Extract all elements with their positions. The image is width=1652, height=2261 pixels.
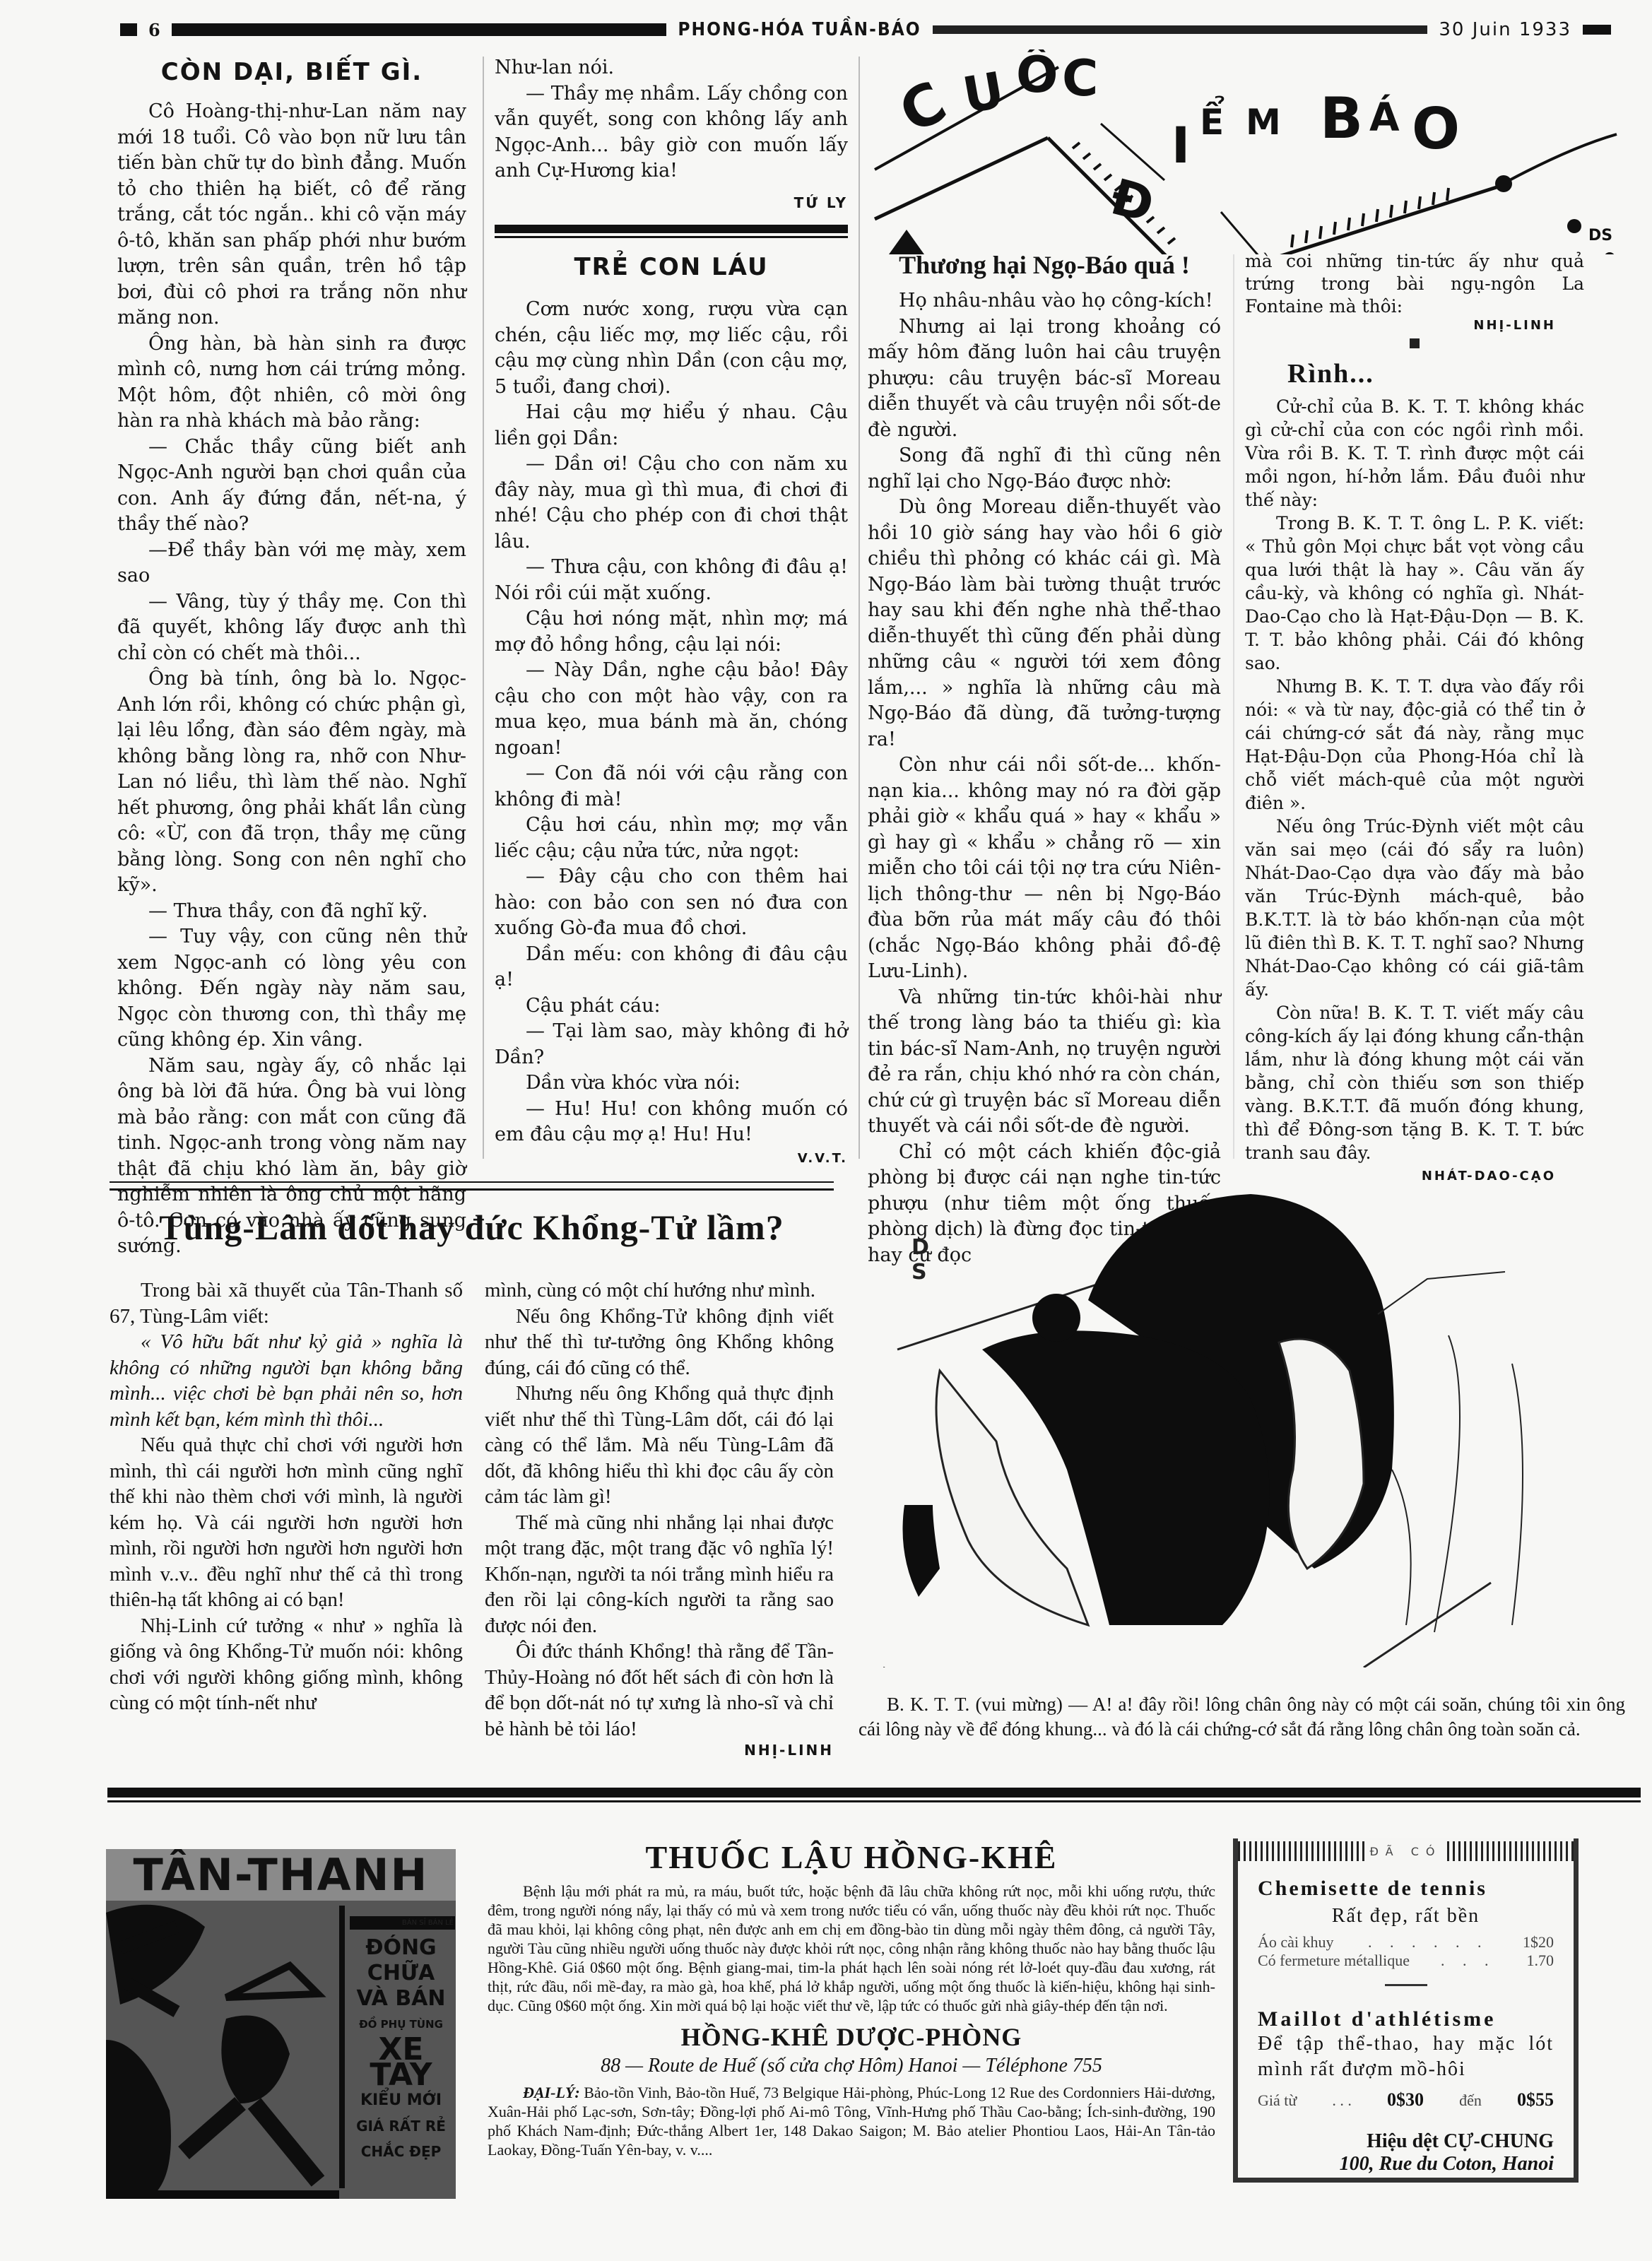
pharmacy-address: 88 — Route de Huế (số cửa chợ Hôm) Hanoi… (488, 2055, 1215, 2077)
cuoc-diem-bao-banner: C U Ô C Đ I Ể M B Á O DS (868, 49, 1638, 254)
newspaper-title: PHONG-HÓA TUẦN-BÁO (678, 19, 921, 40)
ad-hong-khe: THUỐC LẬU HỒNG-KHÊ Bệnh lậu mới phát ra … (488, 1830, 1215, 2226)
ad-body: Bệnh lậu mới phát ra mủ, ra máu, buốt tứ… (488, 1882, 1215, 2015)
svg-text:I: I (1172, 117, 1190, 175)
ad-header: ĐÃ CÓ (1238, 1838, 1574, 1864)
paragraph: — Này Dần, nghe cậu bảo! Đây cậu cho con… (495, 658, 848, 761)
paragraph: Dù ông Moreau diễn-thuyết vào hồi 10 giờ… (868, 495, 1221, 752)
ad-brand: TÂN-THANH (106, 1849, 456, 1901)
paragraph: Trong bài xã thuyết của Tân-Thanh số 67,… (110, 1277, 463, 1329)
svg-text:Đ: Đ (1105, 167, 1160, 234)
paragraph: —Để thầy bàn với mẹ mày, xem sao (117, 538, 466, 589)
ad-small-caption: BÁN SỈ BÁN LẺ (350, 1916, 455, 1930)
section-bullet (1410, 338, 1420, 348)
paragraph: Nếu ông Trúc-Đỳnh viết một câu văn sai m… (1245, 815, 1584, 1001)
paragraph: Ông bà tính, ông bà lo. Ngọc-Anh lớn rồi… (117, 666, 466, 899)
paragraph: — Thầy mẹ nhầm. Lấy chồng con vẫn quyết,… (495, 81, 848, 184)
article-headline: CÒN DẠI, BIẾT GÌ. (117, 58, 466, 86)
svg-text:C: C (1062, 49, 1098, 107)
paragraph: — Con đã nói với cậu rằng con không đi m… (495, 761, 848, 813)
paragraph: — Tuy vậy, con cũng nên thử xem Ngọc-anh… (117, 924, 466, 1053)
paragraph: Dần mếu: con không đi đâu cậu ạ! (495, 942, 848, 993)
masthead-rule-left (172, 23, 667, 36)
cartoon-artist-mark: D (911, 1235, 929, 1260)
cartoon-caption: B. K. T. T. (vui mừng) — A! a! đây rồi! … (859, 1692, 1625, 1742)
ads-section-rule-thin (107, 1800, 1641, 1802)
author-signature: V.V.T. (495, 1151, 848, 1166)
paragraph: Hai cậu mợ hiểu ý nhau. Cậu liền gọi Dần… (495, 400, 848, 451)
section-rule (495, 225, 848, 233)
article-headline: Thương hại Ngọ-Báo quá ! (868, 250, 1221, 280)
paragraph: Còn như cái nồi sốt-de... khốn-nạn kia..… (868, 752, 1221, 985)
product-title-2: Maillot d'athlétisme (1258, 2007, 1554, 2031)
article-tung-lam-col2: mình, cùng có một chí hướng như mình. Nế… (485, 1277, 834, 1759)
svg-text:U: U (959, 61, 1008, 125)
article-con-dai-continued: Như-lan nói. — Thầy mẹ nhầm. Lấy chồng c… (495, 55, 848, 211)
paragraph: Cử-chỉ của B. K. T. T. không khác gì cử-… (1245, 395, 1584, 512)
article-tre-con-lau: TRẺ CON LÁU Cơm nước xong, rượu vừa cạn … (495, 253, 848, 1166)
column-divider (1233, 254, 1234, 1159)
paragraph: Cậu phát cáu: (495, 993, 848, 1020)
paragraph: — Tại làm sao, mày không đi hở Dần? (495, 1019, 848, 1070)
masthead-rule-right (933, 25, 1428, 34)
article-headline: Rình... (1287, 358, 1584, 389)
paragraph: Cậu hơi cáu, nhìn mợ; mợ vẫn liếc cậu; c… (495, 813, 848, 864)
paragraph: Cơm nước xong, rượu vừa cạn chén, cậu li… (495, 297, 848, 400)
paragraph: Nhưng nếu ông Khổng quả thực định viết n… (485, 1381, 834, 1510)
paragraph: — Thưa cậu, con không đi đâu ạ! Nói rồi … (495, 555, 848, 606)
paragraph: — Chắc thầy cũng biết anh Ngọc-Anh người… (117, 435, 466, 538)
paragraph: Ôi đức thánh Khổng! thà rằng để Tần-Thủy… (485, 1639, 834, 1742)
ads-section-rule (107, 1788, 1641, 1797)
paragraph: Như-lan nói. (495, 55, 848, 81)
paragraph: Và những tin-tức khôi-hài như thế trong … (868, 985, 1221, 1140)
svg-text:C: C (889, 69, 957, 146)
column-divider (483, 57, 484, 1159)
shop-name: Hiệu dệt CỰ-CHUNG (1258, 2130, 1554, 2153)
masthead: 6 PHONG-HÓA TUẦN-BÁO 30 Juin 1933 (120, 16, 1611, 44)
paragraph: Còn nữa! B. K. T. T. viết mấy câu công-k… (1245, 1001, 1584, 1164)
paragraph: Ông hàn, bà hàn sinh ra được mình cô, nư… (117, 331, 466, 435)
article-tung-lam-col1: Trong bài xã thuyết của Tân-Thanh số 67,… (110, 1277, 463, 1716)
author-signature: NHỊ-LINH (1245, 318, 1556, 333)
paragraph: Nhưng B. K. T. T. dựa vào đấy rồi nói: «… (1245, 675, 1584, 815)
product-tagline-2: Để tập thể-thao, hay mặc lót mình rất đư… (1258, 2031, 1554, 2082)
paragraph: — Hu! Hu! con không muốn có em đâu cậu m… (495, 1097, 848, 1148)
paragraph: Nhưng ai lại trong khoảng có mấy hôm đăn… (868, 314, 1221, 444)
issue-date: 30 Juin 1933 (1439, 19, 1571, 40)
section-rule-thin (495, 236, 848, 238)
paragraph: Nhị-Linh cứ tưởng « như » nghĩa là giống… (110, 1613, 463, 1716)
article-headline-tung-lam: Tùng-Lâm dốt hay đức Khổng-Tử lầm? (110, 1207, 834, 1248)
paragraph: — Dần ơi! Cậu cho con năm xu đây này, mu… (495, 451, 848, 555)
svg-text:M: M (1246, 102, 1281, 143)
paragraph: mình, cùng có một chí hướng như mình. (485, 1277, 834, 1304)
paragraph: mà coi những tin-tức ấy như quả trứng tr… (1245, 250, 1584, 318)
paragraph: Họ nhâu-nhâu vào họ công-kích! (868, 288, 1221, 314)
svg-text:S: S (911, 1260, 927, 1285)
paragraph: Song đã nghĩ đi thì cũng nên nghĩ lại ch… (868, 443, 1221, 495)
article-thuong-hai: Thương hại Ngọ-Báo quá ! Họ nhâu-nhâu và… (868, 250, 1221, 1268)
ad-divider (1385, 1984, 1427, 1986)
cartoon-illustration: D S (855, 1173, 1632, 1667)
paragraph: Nếu ông Khổng-Tử không định viết như thế… (485, 1304, 834, 1381)
ad-headline: THUỐC LẬU HỒNG-KHÊ (488, 1838, 1215, 1876)
agents-list: Bảo-tồn Vinh, Bảo-tồn Huế, 73 Belgique H… (488, 2084, 1215, 2159)
paragraph: — Vâng, tùy ý thầy mẹ. Con thì đã quyết,… (117, 589, 466, 667)
masthead-left-bar (120, 23, 137, 36)
paragraph: — Thưa thầy, con đã nghĩ kỹ. (117, 899, 466, 925)
paragraph: Trong B. K. T. T. ông L. P. K. viết: « T… (1245, 512, 1584, 675)
ad-tan-thanh: TÂN-THANH BÁN SỈ BÁN LẺ ĐÓNG CHỮA VÀ BÁN… (106, 1849, 456, 2199)
paragraph: Cô Hoàng-thị-như-Lan năm nay mới 18 tuổi… (117, 99, 466, 331)
quote-paragraph: « Vô hữu bất như kỷ giả » nghĩa là không… (110, 1329, 463, 1432)
paragraph: Nếu quả thực chỉ chơi với người hơn mình… (110, 1432, 463, 1613)
page-number: 6 (148, 20, 160, 40)
paragraph: Thế mà cũng nhi nhắng lại nhai được một … (485, 1510, 834, 1639)
rickshaw-illustration (106, 1899, 339, 2199)
author-signature: TỨ LY (495, 194, 848, 211)
svg-text:Ể: Ể (1200, 95, 1225, 143)
paragraph: Dần vừa khóc vừa nói: (495, 1070, 848, 1097)
article-rinh-column: mà coi những tin-tức ấy như quả trứng tr… (1245, 250, 1584, 1183)
svg-text:B: B (1320, 85, 1363, 151)
shop-address: 100, Rue du Coton, Hanoi (1258, 2153, 1554, 2176)
svg-text:Á: Á (1369, 95, 1400, 140)
section-rule (110, 1188, 834, 1191)
agents-label: ĐẠI-LÝ: (523, 2084, 580, 2101)
product-title-1: Chemisette de tennis (1258, 1877, 1554, 1901)
svg-text:O: O (1412, 96, 1460, 162)
section-rule (110, 1181, 834, 1183)
author-signature: NHỊ-LINH (485, 1742, 834, 1759)
price-row: Có fermeture métallique . . . 1.70 (1258, 1952, 1554, 1970)
pharmacy-name: HỒNG-KHÊ DƯỢC-PHÒNG (488, 2022, 1215, 2052)
ad-tagline: ĐÓNG CHỮA VÀ BÁN ĐỒ PHỤ TÙNG XE TAY KIỂU… (350, 1935, 452, 2164)
price-range: Giá từ . . . 0$30 đến 0$55 (1258, 2089, 1554, 2111)
article-con-dai: CÒN DẠI, BIẾT GÌ. Cô Hoàng-thị-như-Lan n… (117, 58, 466, 1260)
banner-artist-mark: DS (1588, 227, 1612, 244)
product-tagline-1: Rất đẹp, rất bền (1258, 1905, 1554, 1928)
masthead-end-bar (1583, 25, 1611, 35)
article-headline: TRẺ CON LÁU (495, 253, 848, 281)
rickshaw-shaft (339, 1906, 345, 2188)
svg-text:Ô: Ô (1016, 49, 1058, 104)
ad-cu-chung: ĐÃ CÓ Chemisette de tennis Rất đẹp, rất … (1233, 1838, 1579, 2183)
price-row: Áo cài khuy . . . . . . 1$20 (1258, 1933, 1554, 1952)
paragraph: — Đây cậu cho con thêm hai hào: con bảo … (495, 864, 848, 942)
column-divider (859, 57, 860, 1159)
paragraph: Cậu hơi nóng mặt, nhìn mợ; má mợ đỏ hồng… (495, 606, 848, 658)
